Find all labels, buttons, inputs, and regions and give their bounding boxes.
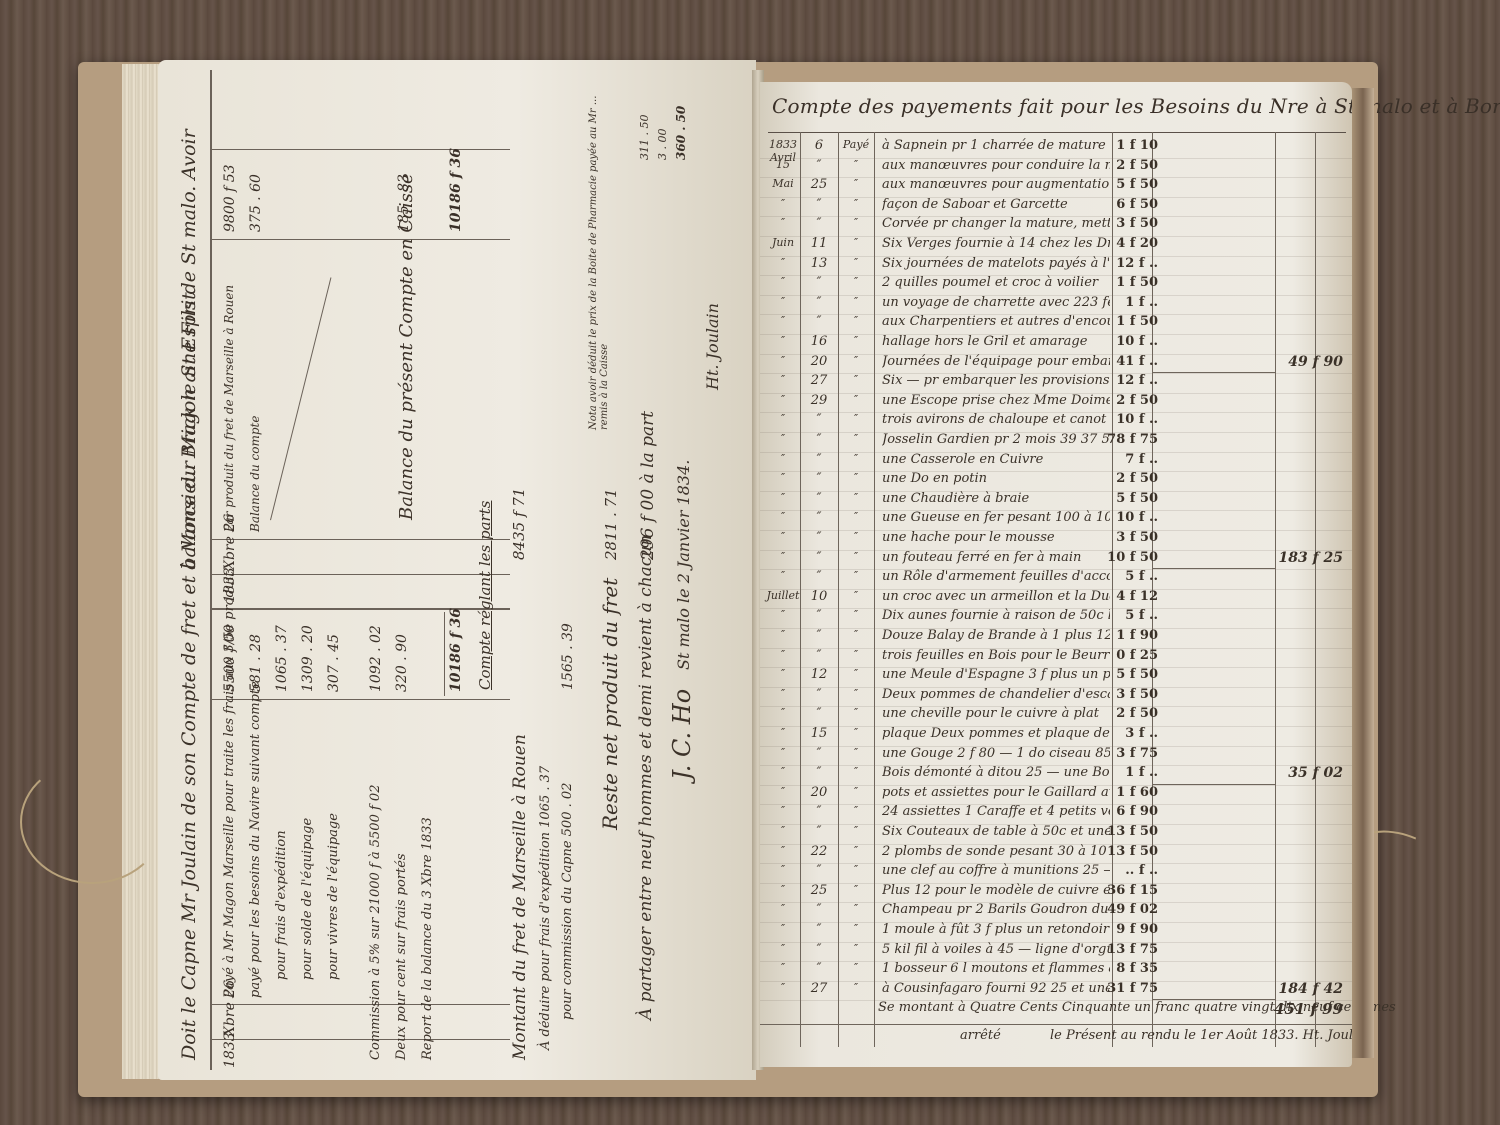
row-month: Juin [766,236,800,249]
row-amount: 0 f 25 [1050,648,1158,663]
footer-arrete: arrêté [960,1028,1001,1043]
row-month: ″ [766,334,800,347]
debit-amount: 5500 f 00 [222,624,238,692]
row-day: ″ [802,471,836,486]
row-day: ″ [802,746,836,761]
row-day: ″ [802,412,836,427]
row-amount: 5 f 50 [1050,667,1158,682]
row-type: ″ [840,608,872,621]
row-type: ″ [840,334,872,347]
row-month: ″ [766,785,800,798]
signature: Ht. Joulain [703,303,722,390]
place-date: St malo le 2 Janvier 1834. [674,460,693,670]
row-type: ″ [840,452,872,465]
row-amount: 13 f 50 [1050,824,1158,839]
row-amount: 13 f 50 [1050,844,1158,859]
row-amount: 2 f 50 [1050,158,1158,173]
row-day: ″ [802,648,836,663]
row-type: ″ [840,432,872,445]
ledger-row: ″″″5 kil fil à voiles à 45 — ligne d'org… [760,942,1352,963]
row-day: ″ [802,216,836,231]
cancel-stroke [270,277,331,520]
row-amount: 12 f .. [1050,256,1158,271]
row-amount: 1 f 60 [1050,785,1158,800]
row-day: ″ [802,452,836,467]
share-amount: 296 f 00 à la part [638,411,658,560]
ledger-row: ″″″Bois démonté à ditou 25 — une Bouchon… [760,765,1352,786]
row-month: ″ [766,295,800,308]
ledger-row: ″″″une Casserole en Cuivre7 f .. [760,452,1352,473]
ledger-row: ″″″Six Couteaux de table à 50c et une ja… [760,824,1352,845]
row-day: 20 [802,354,836,369]
row-type: ″ [840,961,872,974]
row-type: ″ [840,216,872,229]
row-day: 20 [802,785,836,800]
row-month: ″ [766,314,800,327]
ledger-row: ″″″façon de Saboar et Garcette6 f 50 [760,197,1352,218]
row-day: 10 [802,589,836,604]
row-type: ″ [840,354,872,367]
row-amount: 5 f .. [1050,608,1158,623]
row-amount: 10 f .. [1050,510,1158,525]
ledger-row: ″″″aux Charpentiers et autres d'encourag… [760,314,1352,335]
row-amount: 6 f 90 [1050,804,1158,819]
row-month: 15 [766,158,800,171]
row-amount: 2 f 50 [1050,471,1158,486]
row-day: ″ [802,765,836,780]
title-rule [210,70,212,1070]
row-type: ″ [840,804,872,817]
row-day: ″ [802,628,836,643]
row-type: ″ [840,314,872,327]
row-day: ″ [802,432,836,447]
row-day: 27 [802,373,836,388]
row-day: ″ [802,295,836,310]
row-amount: 1 f 50 [1050,275,1158,290]
row-type: ″ [840,648,872,661]
row-type: ″ [840,569,872,582]
note-text: Nota avoir déduit le prix de la Boite de… [588,70,610,430]
row-type: ″ [840,902,872,915]
row-amount: 10 f .. [1050,334,1158,349]
row-amount: 1 f 90 [1050,628,1158,643]
row-type: ″ [840,824,872,837]
row-month: ″ [766,373,800,386]
row-amount: 1 f 10 [1050,138,1158,153]
ledger-row: ″15″plaque Deux pommes et plaque de chan… [760,726,1352,747]
row-amount: 8 f 35 [1050,961,1158,976]
row-day: 22 [802,844,836,859]
row-day: ″ [802,197,836,212]
row-type: ″ [840,589,872,602]
row-amount: 3 f 50 [1050,530,1158,545]
row-amount: 78 f 75 [1050,432,1158,447]
row-amount: 4 f 12 [1050,589,1158,604]
debit-amount: 581 . 28 [248,634,264,692]
row-type: ″ [840,550,872,563]
debit-entry: pour frais d'expédition [274,830,289,980]
row-type: ″ [840,922,872,935]
row-month: ″ [766,530,800,543]
row-month: ″ [766,275,800,288]
row-amount: 10 f 50 [1050,550,1158,565]
credit-amount: 375 . 60 [248,174,264,232]
ledger-row: ″20″pots et assiettes pour le Gaillard a… [760,785,1352,806]
debit-amount: 1092 . 02 [368,625,384,692]
row-day: ″ [802,804,836,819]
debit-entry: pour solde de l'équipage [300,818,315,980]
debit-entry: Commission à 5% sur 21000 f à 5500 f 02 [368,785,383,1060]
ledger-row: ″″″un Rôle d'armement feuilles d'accompa… [760,569,1352,590]
row-month: ″ [766,432,800,445]
net-freight: 2811 . 71 [602,488,620,560]
row-month: ″ [766,844,800,857]
ledger-row: ″25″Plus 12 pour le modèle de cuivre ens… [760,883,1352,904]
ledger-row: ″″″Josselin Gardien pr 2 mois 39 37 5078… [760,432,1352,453]
row-month: ″ [766,667,800,680]
row-month: ″ [766,726,800,739]
footer-rule [760,1024,1352,1025]
ledger-row: ″″″24 assiettes 1 Caraffe et 4 petits ve… [760,804,1352,825]
row-amount: 1 f .. [1050,765,1158,780]
ledger-row: ″″″une Chaudière à braie5 f 50 [760,491,1352,512]
row-type: ″ [840,746,872,759]
debit-amount: 1065 . 37 [274,625,290,692]
row-month: ″ [766,765,800,778]
row-amount: 6 f 50 [1050,197,1158,212]
row-month: ″ [766,824,800,837]
row-type: ″ [840,177,872,190]
ledger-row: Mai25″aux manœuvres pour augmentation de… [760,177,1352,198]
row-month: ″ [766,863,800,876]
ledger-row: 15″″aux manœuvres pour conduire la matur… [760,158,1352,179]
ledger-row: ″″″une Gueuse en fer pesant 100 à 10 %10… [760,510,1352,531]
row-month: ″ [766,961,800,974]
row-type: ″ [840,667,872,680]
grand-total: 451 f 99 [1253,1000,1343,1018]
row-day: ″ [802,902,836,917]
row-month: ″ [766,804,800,817]
credit-entry: Balance du compte [248,416,262,532]
row-day: ″ [802,491,836,506]
row-type: ″ [840,981,872,994]
net-freight-label: Reste net produit du fret [598,578,622,830]
row-amount: 5 f 50 [1050,177,1158,192]
debit-amount: 1309 . 20 [300,625,316,692]
row-day: ″ [802,824,836,839]
footer-signature: le Présent au rendu le 1er Août 1833. Ht… [1050,1028,1373,1043]
row-amount: 3 f 50 [1050,216,1158,231]
row-type: Payé [840,138,872,151]
ledger-row: ″″″1 bosseur 6 l moutons et flammes à fe… [760,961,1352,982]
debit-total: 10186 f 36 [448,608,464,692]
row-day: ″ [802,510,836,525]
row-month: ″ [766,471,800,484]
row-amount: 1 f 50 [1050,314,1158,329]
row-month: ″ [766,510,800,523]
row-type: ″ [840,883,872,896]
ledger-row: ″″″Deux pommes de chandelier d'escalier3… [760,687,1352,708]
row-day: 25 [802,883,836,898]
ledger-row: ″″″2 quilles poumel et croc à voilier1 f… [760,275,1352,296]
row-amount: 4 f 20 [1050,236,1158,251]
row-amount: .. f .. [1050,863,1158,878]
row-day: 29 [802,393,836,408]
page-edges [122,64,162,1079]
note-amount: 311 . 50 [638,115,651,160]
row-day: 11 [802,236,836,251]
row-type: ″ [840,863,872,876]
row-type: ″ [840,844,872,857]
row-amount: 13 f 75 [1050,942,1158,957]
row-amount: 3 f 75 [1050,746,1158,761]
row-day: 12 [802,667,836,682]
col-rule [210,239,510,240]
ledger-row: ″″″un voyage de charrette avec 223 feuil… [760,295,1352,316]
ledger-row: ″″″une cheville pour le cuivre à plat2 f… [760,706,1352,727]
row-day: 16 [802,334,836,349]
row-day: ″ [802,158,836,173]
row-type: ″ [840,785,872,798]
row-amount: 2 f 50 [1050,706,1158,721]
left-page: Doit le Capne Mr Joulain de son Compte d… [158,60,756,1080]
row-month: ″ [766,412,800,425]
ledger-row: ″″″Douze Balay de Brande à 1 plus 12 f 9… [760,628,1352,649]
ledger-row: ″″″une Gouge 2 f 80 — 1 do ciseau 85 ens… [760,746,1352,767]
debit-amount: 307 . 45 [326,634,342,692]
row-amount: 7 f .. [1050,452,1158,467]
note-amount: 360 . 50 [674,106,688,160]
row-type: ″ [840,295,872,308]
row-type: ″ [840,471,872,484]
row-subtotal: 49 f 90 [1253,354,1343,370]
row-amount: 10 f .. [1050,412,1158,427]
row-amount: 41 f .. [1050,354,1158,369]
row-type: ″ [840,393,872,406]
debit-entry: pour vivres de l'équipage [326,813,341,980]
row-month: ″ [766,256,800,269]
row-day: ″ [802,922,836,937]
row-amount: 31 f 75 [1050,981,1158,996]
row-month: ″ [766,687,800,700]
row-day: ″ [802,530,836,545]
row-day: ″ [802,608,836,623]
settlement-line: À déduire pour frais d'expédition 1065 .… [538,766,553,1050]
row-type: ″ [840,706,872,719]
row-type: ″ [840,765,872,778]
row-month: ″ [766,491,800,504]
row-type: ″ [840,942,872,955]
ledger-row: ″22″2 plombs de sonde pesant 30 à 10 — l… [760,844,1352,865]
row-type: ″ [840,412,872,425]
entry-year: 1833 [222,1032,238,1068]
title-rule [768,132,1346,133]
row-day: 13 [802,256,836,271]
row-month: ″ [766,628,800,641]
ledger-row: ″″″trois feuilles en Bois pour le Beurre… [760,648,1352,669]
ledger-row: 1833 Avril6Payéà Sapnein pr 1 charrée de… [760,138,1352,159]
row-amount: 5 f .. [1050,569,1158,584]
row-amount: 49 f 02 [1050,902,1158,917]
initials: J. C. Ho [668,689,696,780]
ledger-row: ″″″un fouteau ferré en fer à main10 f 50… [760,550,1352,571]
ledger-row: ″12″une Meule d'Espagne 3 f plus un port… [760,667,1352,688]
debit-entry: payé pour les besoins du Navire suivant … [248,681,263,998]
row-day: ″ [802,569,836,584]
row-amount: 3 f 50 [1050,687,1158,702]
ledger-row: ″″″Champeau pr 2 Barils Goudron du Nord … [760,902,1352,923]
row-month: ″ [766,746,800,759]
balance-amount: 185 . 83 [396,174,412,232]
row-day: ″ [802,550,836,565]
row-day: ″ [802,687,836,702]
row-type: ″ [840,256,872,269]
ledger-row: Juillet10″un croc avec un armeillon et l… [760,589,1352,610]
col-rule [210,1004,510,1005]
row-day: 6 [802,138,836,153]
row-subtotal: 184 f 42 [1253,981,1343,997]
left-page-rotated-content: Doit le Capne Mr Joulain de son Compte d… [158,60,756,1080]
row-day: ″ [802,275,836,290]
row-month: ″ [766,922,800,935]
row-month: ″ [766,569,800,582]
share-text: À partager entre neuf hommes et demi rev… [636,535,656,1020]
ledger-title: Compte des payements fait pour les Besoi… [772,94,1500,118]
row-type: ″ [840,510,872,523]
row-type: ″ [840,275,872,288]
col-rule [210,149,510,150]
binding-string-left [20,760,164,884]
ledger-row: ″16″hallage hors le Gril et amarage10 f … [760,334,1352,355]
settlement-line: Montant du fret de Marseille à Rouen [510,734,530,1060]
row-month: Mai [766,177,800,190]
note-amount: 3 . 00 [656,129,669,161]
debit-entry: Report de la balance du 3 Xbre 1833 [420,817,435,1060]
row-month: ″ [766,883,800,896]
row-month: Juillet [766,589,800,602]
ledger-row: ″″″une hache pour le mousse3 f 50 [760,530,1352,551]
row-type: ″ [840,687,872,700]
row-month: ″ [766,550,800,563]
row-month: ″ [766,648,800,661]
row-day: 25 [802,177,836,192]
row-type: ″ [840,373,872,386]
row-month: ″ [766,354,800,367]
ledger-row: ″27″Six — pr embarquer les provisions à … [760,373,1352,394]
col-rule [210,1039,510,1040]
row-day: ″ [802,314,836,329]
row-amount: 9 f 90 [1050,922,1158,937]
row-month: ″ [766,942,800,955]
row-type: ″ [840,197,872,210]
settlement-subtotal: 1565 . 39 [560,623,576,690]
row-day: ″ [802,942,836,957]
row-month: ″ [766,452,800,465]
row-subtotal: 35 f 02 [1253,765,1343,781]
row-month: ″ [766,393,800,406]
row-type: ″ [840,530,872,543]
entry-year: 1833 [222,567,238,603]
row-day: ″ [802,706,836,721]
row-type: ″ [840,628,872,641]
right-cover-edge [1352,88,1374,1058]
ledger-row: ″29″une Escope prise chez Mme Doimel2 f … [760,393,1352,414]
col-rule [210,608,510,610]
row-amount: 36 f 15 [1050,883,1158,898]
row-amount: 5 f 50 [1050,491,1158,506]
row-day: 15 [802,726,836,741]
right-page: Compte des payements fait pour les Besoi… [760,82,1352,1067]
gross-amount: 8435 f 71 [510,488,528,560]
ledger-row: ″″″une Do en potin2 f 50 [760,471,1352,492]
row-amount: 1 f .. [1050,295,1158,310]
debit-amount: 320 . 90 [394,634,410,692]
row-day: ″ [802,961,836,976]
row-day: ″ [802,863,836,878]
credit-title: à Monsieur Magon aine Fils de St malo. A… [178,129,200,570]
row-month: ″ [766,902,800,915]
ledger-row: ″27″à Cousinfagaro fourni 92 25 et une M… [760,981,1352,1002]
col-rule [210,539,510,540]
row-amount: 12 f .. [1050,373,1158,388]
settlement-heading: Compte réglant les parts [476,501,494,690]
row-month: ″ [766,706,800,719]
debit-entry: Deux pour cent sur frais portés [394,853,409,1060]
row-type: ″ [840,491,872,504]
row-day: 27 [802,981,836,996]
row-month: ″ [766,197,800,210]
ledger-row: ″″″1 moule à fût 3 f plus un retondoir 5… [760,922,1352,943]
ledger-row: ″″″une clef au coffre à munitions 25 — C… [760,863,1352,884]
ledger-row: Juin11″Six Verges fournie à 14 chez les … [760,236,1352,257]
credit-entry: Par produit du fret de Marseille à Rouen [222,285,236,532]
row-amount: 3 f .. [1050,726,1158,741]
ledger-row: ″″″Dix aunes fournie à raison de 50c l'a… [760,608,1352,629]
ledger-row: ″20″Journées de l'équipage pour embarque… [760,354,1352,375]
row-type: ″ [840,158,872,171]
row-month: ″ [766,981,800,994]
row-subtotal: 183 f 25 [1253,550,1343,566]
total-rule [444,612,445,696]
row-amount: 2 f 50 [1050,393,1158,408]
credit-total: 10186 f 36 [448,148,464,232]
col-rule [210,574,510,575]
row-type: ″ [840,726,872,739]
row-month: ″ [766,216,800,229]
row-month: ″ [766,608,800,621]
ledger-row: ″13″Six journées de matelots payés à l'é… [760,256,1352,277]
row-type: ″ [840,236,872,249]
ledger-row: ″″″Corvée pr changer la mature, mettre l… [760,216,1352,237]
settlement-line: pour commission du Capne 500 . 02 [560,783,575,1020]
ledger-row: ″″″trois avirons de chaloupe et canot10 … [760,412,1352,433]
credit-amount: 9800 f 53 [222,164,238,232]
